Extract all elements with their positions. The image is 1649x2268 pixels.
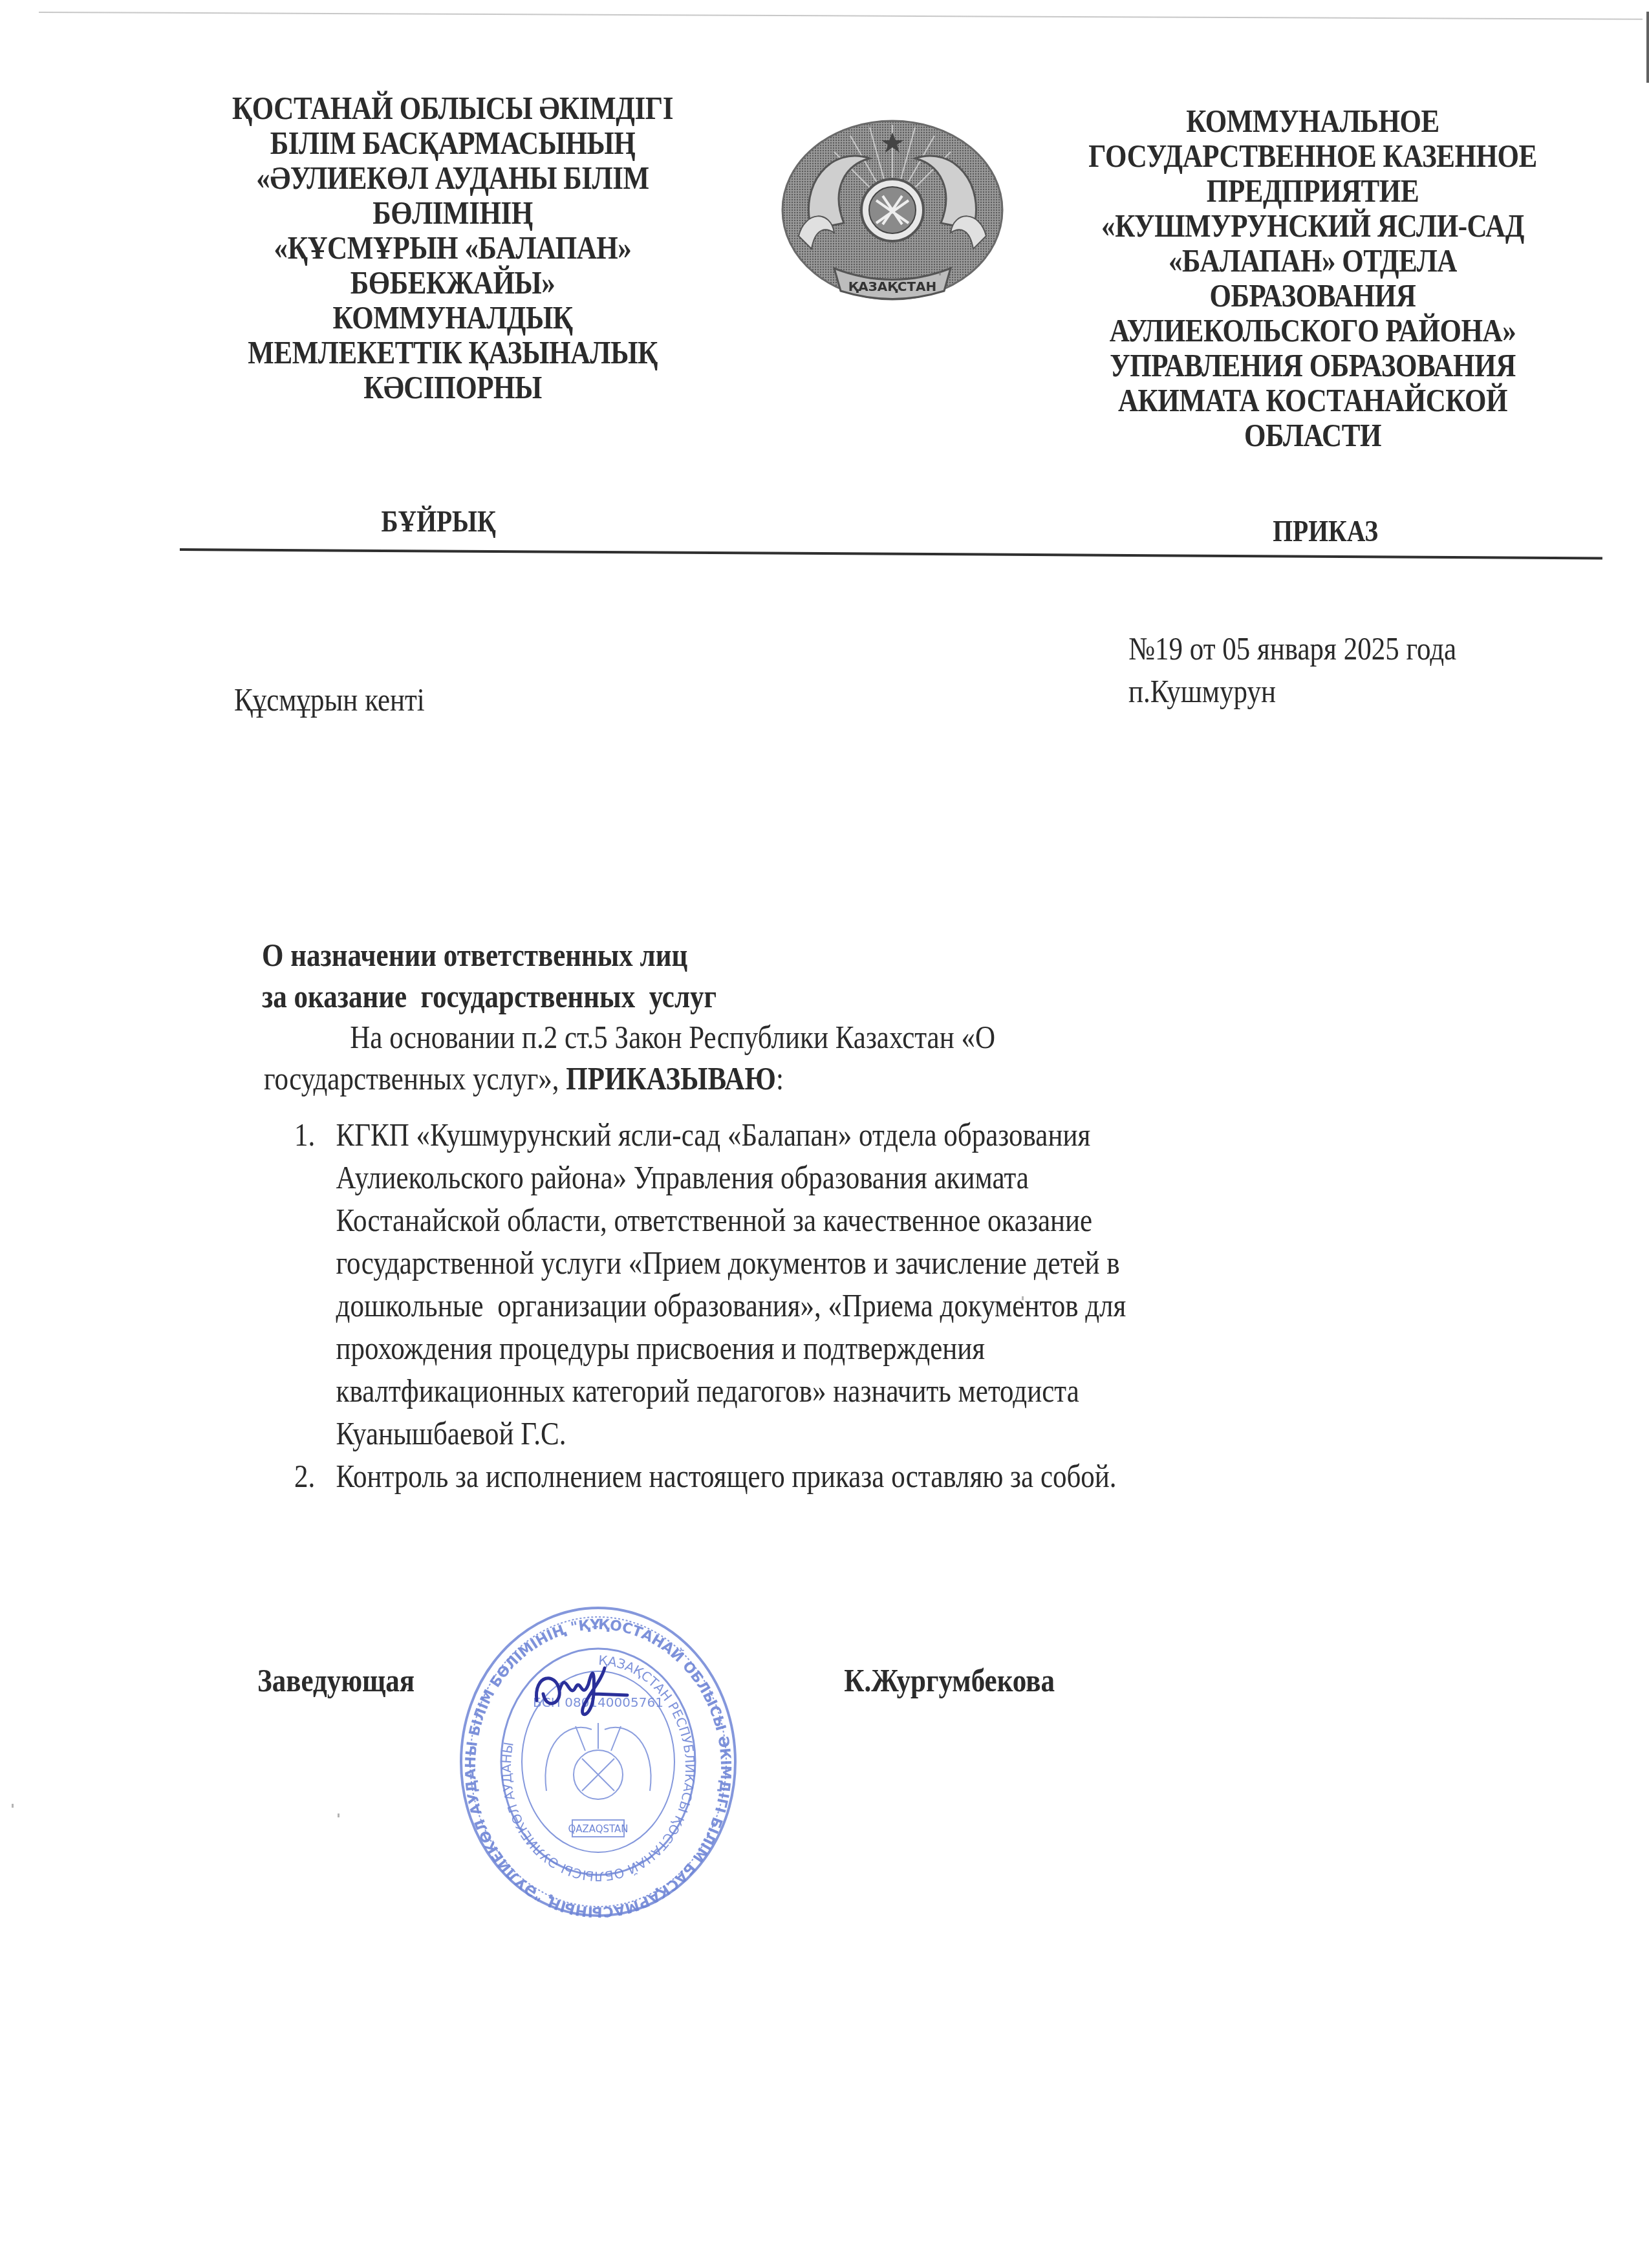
scan-edge-line xyxy=(39,12,1643,20)
order-preamble: На основании п.2 ст.5 Закон Республики К… xyxy=(264,1016,995,1099)
document-type-kazakh: БҰЙРЫҚ xyxy=(381,504,495,539)
header-line: АКИМАТА КОСТАНАЙСКОЙ xyxy=(1057,383,1568,418)
header-line: КОММУНАЛЬНОЕ xyxy=(1057,103,1568,138)
header-russian-organization: КОММУНАЛЬНОЕ ГОСУДАРСТВЕННОЕ КАЗЕННОЕ ПР… xyxy=(1057,103,1568,453)
header-line: КӘСІПОРНЫ xyxy=(202,370,703,405)
preamble-line: На основании п.2 ст.5 Закон Республики К… xyxy=(264,1016,995,1058)
header-line: ПРЕДПРИЯТИЕ xyxy=(1057,173,1568,208)
place-kazakh: Құсмұрын кенті xyxy=(234,681,425,718)
header-line: «БАЛАПАН» ОТДЕЛА xyxy=(1057,243,1568,278)
order-directive: ПРИКАЗЫВАЮ xyxy=(566,1060,776,1097)
order-item-line: дошкольные организации образования», «Пр… xyxy=(336,1284,1126,1327)
scan-speck xyxy=(338,1813,339,1817)
header-line: БӨЛІМІНІҢ xyxy=(202,195,703,230)
order-item: 2. Контроль за исполнением настоящего пр… xyxy=(294,1455,1126,1497)
scan-speck xyxy=(939,272,941,275)
header-line: ОБРАЗОВАНИЯ xyxy=(1057,278,1568,313)
svg-text:QAZAQSTAN: QAZAQSTAN xyxy=(568,1823,628,1835)
order-item: 1. КГКП «Кушмурунский ясли-сад «Балапан»… xyxy=(294,1113,1126,1455)
header-line: БІЛІМ БАСҚАРМАСЫНЫҢ xyxy=(202,125,703,160)
header-kazakh-organization: ҚОСТАНАЙ ОБЛЫСЫ ӘКІМДІГІ БІЛІМ БАСҚАРМАС… xyxy=(202,91,703,405)
official-round-seal-icon: ҚОСТАНАЙ ОБЛЫСЫ ӘКІМДІГІ БІЛІМ БАСҚАРМАС… xyxy=(456,1603,740,1920)
order-item-number: 1. xyxy=(294,1113,315,1156)
order-item-line: Аулиекольского района» Управления образо… xyxy=(336,1156,1126,1199)
order-number-date: №19 от 05 января 2025 года xyxy=(1128,627,1456,670)
order-item-line: квалтфикационных категорий педагогов» на… xyxy=(336,1369,1126,1412)
header-line: «ҚҰСМҰРЫН «БАЛАПАН» xyxy=(202,230,703,265)
svg-text:ҚАЗАҚСТАН: ҚАЗАҚСТАН xyxy=(848,279,937,294)
header-line: КОММУНАЛДЫҚ xyxy=(202,300,703,335)
order-item-line: Куанышбаевой Г.С. xyxy=(336,1412,1126,1455)
order-items-list: 1. КГКП «Кушмурунский ясли-сад «Балапан»… xyxy=(294,1113,1126,1497)
order-item-line: государственной услуги «Прием документов… xyxy=(336,1241,1126,1284)
scan-speck xyxy=(12,1804,14,1808)
kazakhstan-state-emblem-icon: ҚАЗАҚСТАН xyxy=(773,113,1018,307)
signatory-name: К.Жургумбекова xyxy=(844,1662,1055,1699)
header-divider xyxy=(180,548,1602,559)
subject-line: О назначении ответственных лиц xyxy=(262,934,717,976)
header-line: БӨБЕКЖАЙЫ» xyxy=(202,265,703,300)
preamble-line: государственных услуг», ПРИКАЗЫВАЮ: xyxy=(264,1058,995,1099)
header-line: УПРАВЛЕНИЯ ОБРАЗОВАНИЯ xyxy=(1057,348,1568,383)
document-type-russian: ПРИКАЗ xyxy=(1273,514,1378,548)
header-line: ОБЛАСТИ xyxy=(1057,418,1568,453)
preamble-colon: : xyxy=(776,1060,784,1097)
scan-edge-mark xyxy=(1646,12,1649,83)
signatory-title: Заведующая xyxy=(257,1662,415,1699)
header-line: ҚОСТАНАЙ ОБЛЫСЫ ӘКІМДІГІ xyxy=(202,91,703,125)
handwritten-signature-icon xyxy=(530,1655,634,1733)
order-subject: О назначении ответственных лиц за оказан… xyxy=(262,934,717,1017)
order-meta: №19 от 05 января 2025 года п.Кушмурун xyxy=(1128,627,1456,712)
header-line: «КУШМУРУНСКИЙ ЯСЛИ-САД xyxy=(1057,208,1568,243)
header-line: ГОСУДАРСТВЕННОЕ КАЗЕННОЕ xyxy=(1057,138,1568,173)
header-line: МЕМЛЕКЕТТІК ҚАЗЫНАЛЫҚ xyxy=(202,335,703,370)
order-item-line: Контроль за исполнением настоящего прика… xyxy=(336,1455,1126,1497)
order-item-line: Костанайской области, ответственной за к… xyxy=(336,1199,1126,1241)
order-item-line: КГКП «Кушмурунский ясли-сад «Балапан» от… xyxy=(336,1113,1126,1156)
preamble-text: государственных услуг», xyxy=(264,1060,566,1097)
place-russian: п.Кушмурун xyxy=(1128,670,1456,712)
order-item-number: 2. xyxy=(294,1455,315,1497)
header-line: АУЛИЕКОЛЬСКОГО РАЙОНА» xyxy=(1057,313,1568,348)
order-item-line: прохождения процедуры присвоения и подтв… xyxy=(336,1327,1126,1369)
header-line: «ӘУЛИЕКӨЛ АУДАНЫ БІЛІМ xyxy=(202,160,703,195)
scan-speck xyxy=(1022,1296,1024,1300)
subject-line: за оказание государственных услуг xyxy=(262,976,717,1017)
